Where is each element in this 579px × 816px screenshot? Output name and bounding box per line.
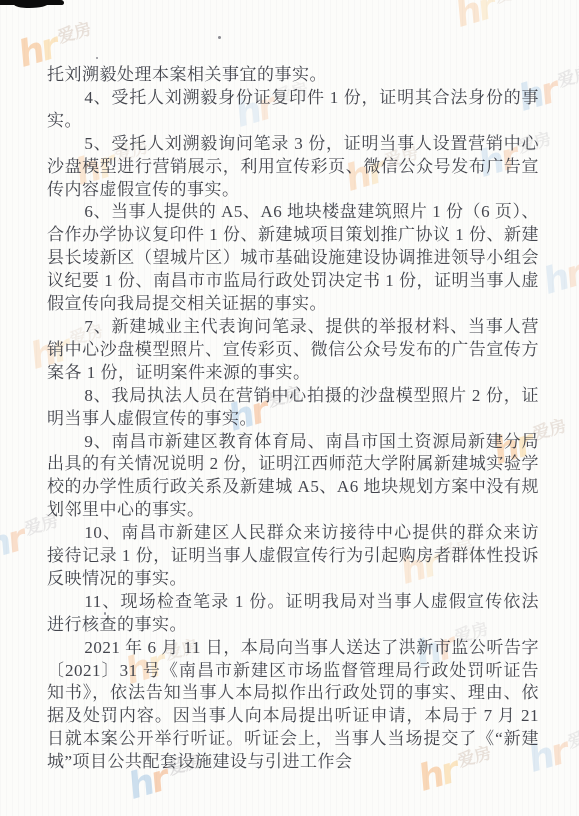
hr-aifang-watermark: hr爱房 [540, 245, 579, 301]
document-paragraph: 11、现场检查笔录 1 份。证明我局对当事人虚假宣传依法进行核查的事实。 [47, 591, 539, 637]
hr-logo-icon: hr [539, 253, 579, 303]
document-paragraph: 7、新建城业主代表询问笔录、提供的举报材料、当事人营销中心沙盘模型照片、宣传彩页… [47, 316, 539, 385]
scan-speck [104, 612, 106, 615]
watermark-brand-label: 爱房 [556, 63, 579, 92]
scan-speck [218, 36, 221, 39]
watermark-brand-label: 爱房 [493, 0, 531, 8]
hr-logo-icon: hr [0, 518, 28, 568]
scan-artifact-bar [0, 0, 64, 5]
document-paragraph: 托刘溯毅处理本案相关事宜的事实。 [47, 64, 539, 87]
watermark-brand-label: 爱房 [566, 724, 579, 753]
document-paragraph: 10、南昌市新建区人民群众来访接待中心提供的群众来访接待记录 1 份，证明当事人… [47, 522, 539, 591]
scan-speck [96, 57, 98, 59]
document-paragraph: 5、受托人刘溯毅询问笔录 3 份，证明当事人设置营销中心沙盘模型进行营销展示，利… [47, 133, 539, 202]
document-paragraph: 8、我局执法人员在营销中心拍摄的沙盘模型照片 2 份，证明当事人虚假宣传的事实。 [47, 385, 539, 431]
hr-aifang-watermark: hr爱房 [452, 0, 535, 34]
document-paragraph: 9、南昌市新建区教育体育局、南昌市国土资源局新建分局出具的有关情况说明 2 份，… [47, 431, 539, 523]
document-paragraph: 4、受托人刘溯毅身份证复印件 1 份，证明其合法身份的事实。 [47, 87, 539, 133]
scanned-document-page: hr爱房hr爱房hr爱房hr爱房hr爱房hr爱房hr爱房hr爱房hr爱房hr爱房… [0, 0, 579, 816]
document-paragraph: 6、当事人提供的 A5、A6 地块楼盘建筑照片 1 份（6 页）、合作办学协议复… [47, 201, 539, 316]
document-text-block: 托刘溯毅处理本案相关事宜的事实。4、受托人刘溯毅身份证复印件 1 份，证明其合法… [47, 64, 539, 774]
document-paragraph: 2021 年 6 月 11 日，本局向当事人送达了洪新市监公听告字〔2021〕3… [47, 637, 539, 774]
watermark-brand-label: 爱房 [56, 19, 94, 48]
hr-logo-icon: hr [451, 0, 498, 36]
